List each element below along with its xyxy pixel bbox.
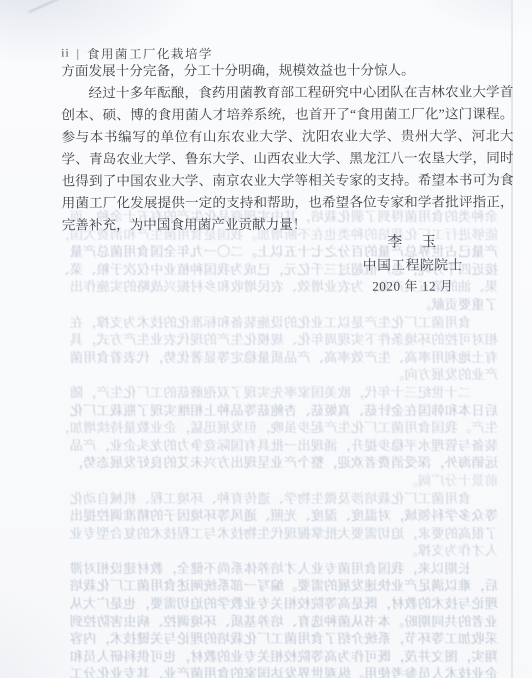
header-separator: | xyxy=(77,46,80,61)
signature-block: 李 玉 中国工程院院士 2020 年 12 月 xyxy=(356,232,470,297)
signature-date: 2020 年 12 月 xyxy=(356,275,470,297)
preface-body: 方面发展十分完备，分工十分明确，规模效益也十分惊人。 经过十多年酝酿，食药用菌教… xyxy=(61,59,513,236)
preface-paragraph: 方面发展十分完备，分工十分明确，规模效益也十分惊人。 xyxy=(61,59,513,82)
preface-paragraph: 经过十多年酝酿，食药用菌教育部工程研究中心团队在吉林农业大学首创本、硕、博的食用… xyxy=(61,81,513,236)
signature-name: 李 玉 xyxy=(356,232,470,254)
page-number: ii xyxy=(61,48,69,60)
printed-content: ii | 食用菌工厂化栽培学 方面发展十分完备，分工十分明确，规模效益也十分惊人… xyxy=(0,0,532,678)
scanned-book-page: 余种类的食用菌得到了驯化栽培，其中实现商品化生产的有五十余种，而能够进行工厂化栽… xyxy=(0,0,532,678)
signature-title: 中国工程院院士 xyxy=(356,254,470,276)
